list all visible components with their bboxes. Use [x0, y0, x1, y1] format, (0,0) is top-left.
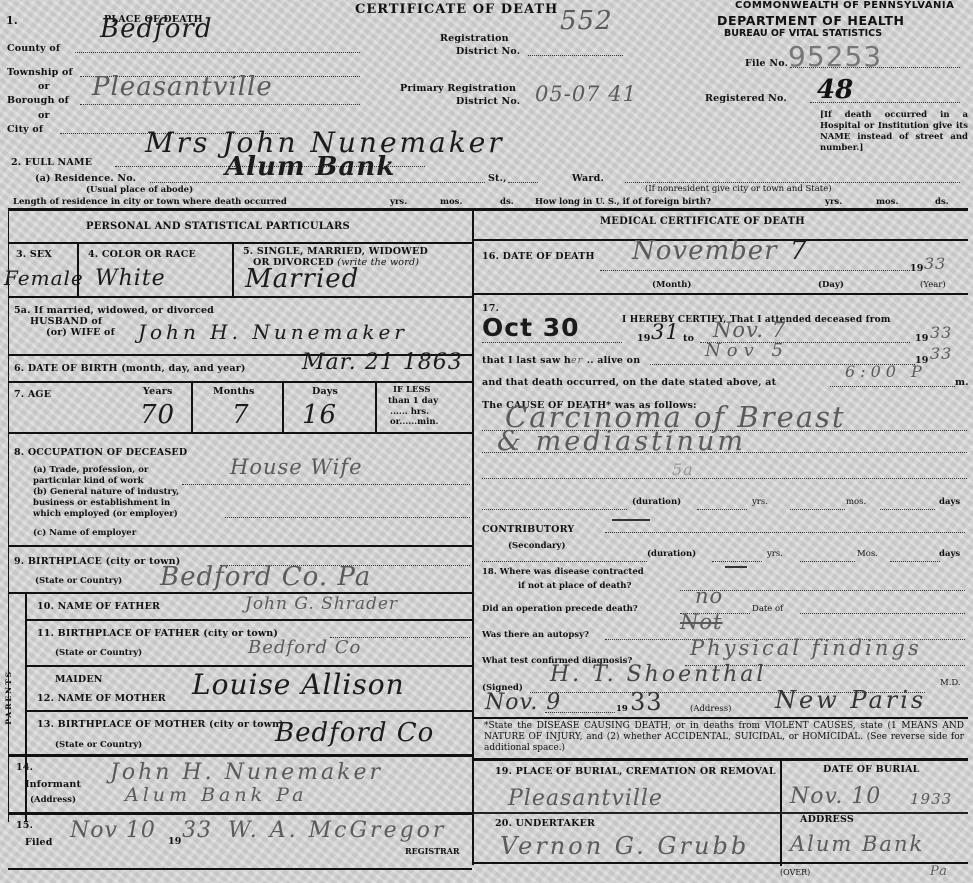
days-value: 16 — [302, 400, 337, 430]
undertaker-label: 20. UNDERTAKER — [495, 818, 595, 829]
left-border — [8, 210, 9, 822]
signed-date-line — [545, 712, 615, 713]
nonresident-note: (If nonresident give city or town and St… — [645, 184, 832, 194]
from-line — [482, 342, 622, 343]
header-divider — [8, 208, 968, 211]
date-of-label: Date of — [752, 604, 783, 614]
father-birthplace-label: 11. BIRTHPLACE OF FATHER (city or town) — [37, 628, 278, 639]
occupation-label: 8. OCCUPATION OF DECEASED — [14, 447, 187, 458]
row-rule-11 — [26, 665, 472, 667]
dob-value: Mar. 21 1863 — [302, 350, 463, 375]
father-name-label: 10. NAME OF FATHER — [37, 601, 160, 612]
last-saw-date-value: Nov 5 — [705, 340, 789, 361]
occ-b-line-2: business or establishment in — [33, 498, 170, 508]
over-label: (OVER) — [780, 868, 810, 877]
signed-year-value: 33 — [630, 688, 663, 716]
father-birthplace-label-text: 11. BIRTHPLACE OF FATHER — [37, 628, 200, 639]
row-rule-16 — [474, 293, 968, 295]
birthplace-label: 9. BIRTHPLACE (city or town) — [14, 556, 180, 567]
burial-place-value: Pleasantville — [508, 786, 663, 811]
informant-label: Informant — [25, 779, 81, 790]
or-label-2: or — [38, 110, 50, 121]
us-mos-label: mos. — [876, 197, 898, 207]
or-label-1: or — [38, 81, 50, 92]
last-saw-pronoun: er — [571, 355, 583, 366]
registration-district-value: 552 — [560, 6, 613, 36]
duration-yrs-label: yrs. — [752, 497, 768, 507]
time-line — [830, 386, 955, 387]
personal-heading: PERSONAL AND STATISTICAL PARTICULARS — [86, 221, 350, 232]
operation-label: Did an operation precede death? — [482, 604, 638, 614]
days-label: Days — [312, 386, 338, 397]
occupation-value: House Wife — [230, 455, 363, 479]
district-no-label: District No. — [456, 46, 520, 57]
duration-dash-mark — [612, 519, 650, 521]
cause-code: 5a — [672, 460, 694, 479]
burial-place-label: 19. PLACE OF BURIAL, CREMATION OR REMOVA… — [495, 766, 780, 778]
duration-label: (duration) — [632, 497, 681, 507]
duration2-mos-line — [800, 561, 855, 562]
months-label: Months — [213, 386, 255, 397]
residence-label: (a) Residence. No. — [35, 173, 136, 184]
registrar-label: REGISTRAR — [405, 846, 460, 856]
bottom-rule-right — [474, 862, 968, 864]
length-ds-label: ds. — [500, 197, 514, 207]
occ-a-line-1: (a) Trade, profession, or — [33, 465, 148, 475]
dod-label: 16. DATE OF DEATH — [482, 251, 595, 262]
row-rule-footnote — [474, 758, 968, 761]
duration-mos-line — [790, 509, 845, 510]
color-value: White — [95, 266, 166, 291]
father-birthplace-value: Bedford Co — [248, 637, 361, 658]
duration2-mos-label: Mos. — [857, 549, 878, 559]
day-caption: (Day) — [818, 280, 844, 290]
signed-year-prefix: 19 — [616, 704, 628, 714]
age-label: 7. AGE — [14, 389, 51, 400]
street-label: St., — [488, 173, 507, 184]
last-saw-label: that I last saw her .. alive on — [482, 355, 640, 366]
filed-year-prefix: 19 — [168, 836, 182, 847]
ward-label: Ward. — [572, 173, 604, 184]
informant-value: John H. Nunemaker — [110, 760, 383, 785]
row-rule-13 — [8, 754, 472, 757]
mother-birthplace-state-label: (State or Country) — [55, 740, 142, 750]
duration-days-label: days — [939, 497, 960, 507]
duration2-yrs-line — [712, 561, 762, 562]
item-1-number: 1. — [6, 14, 18, 27]
item-18-label-2: if not at place of death? — [518, 581, 631, 591]
parents-label: PARENTS — [4, 670, 13, 725]
spouse-label-1: 5a. If married, widowed, or divorced — [14, 305, 214, 316]
spouse-value: John H. Nunemaker — [138, 320, 408, 344]
county-line — [75, 52, 360, 53]
mother-birthplace-label-text: 13. BIRTHPLACE OF MOTHER — [37, 719, 206, 730]
cause-line-2-value: & mediastinum — [497, 426, 746, 457]
primary-registration-value: 05-07 41 — [535, 82, 637, 106]
row-rule-7 — [8, 432, 472, 434]
hospital-note: [If death occurred in a Hospital or Inst… — [820, 110, 968, 154]
burial-year-value: 1933 — [910, 790, 952, 808]
duration-mos-label: mos. — [846, 497, 866, 507]
duration2-dash-mark — [725, 566, 747, 568]
row-rule-5 — [8, 296, 472, 298]
dod-line — [600, 270, 910, 271]
last-saw-year-value: 33 — [930, 344, 952, 363]
residence-value: Alum Bank — [225, 152, 395, 182]
mother-birthplace-value: Bedford Co — [275, 718, 434, 748]
registered-no-value: 48 — [817, 75, 853, 105]
color-label: 4. COLOR OR RACE — [88, 249, 196, 260]
primary-district-no-label: District No. — [456, 96, 520, 107]
full-name-label: 2. FULL NAME — [11, 157, 92, 168]
sex-value: Female — [4, 266, 84, 290]
borough-line — [80, 104, 360, 105]
occ-b-line — [225, 517, 470, 518]
years-label: Years — [143, 386, 173, 397]
occ-a-line-2: particular kind of work — [33, 476, 143, 486]
mother-birthplace-sub: (city or town) — [209, 719, 284, 730]
row-rule-12 — [26, 710, 472, 712]
operation-value: no — [695, 584, 723, 608]
color-marital-divider — [232, 243, 234, 297]
marital-label: 5. SINGLE, MARRIED, WIDOWED — [243, 246, 428, 257]
time-value: 6:00 P — [845, 362, 927, 381]
duration2-days-line — [890, 561, 940, 562]
age-divider-1 — [191, 382, 193, 432]
signed-value: H. T. Shoenthal — [550, 662, 766, 687]
less-label-4: or......min. — [390, 417, 439, 427]
from-year-prefix: 19 — [637, 333, 651, 344]
from-year-value: 31 — [651, 320, 680, 344]
mother-name-value: Louise Allison — [192, 668, 405, 701]
mother-name-label: 12. NAME OF MOTHER — [37, 693, 166, 704]
row-rule-burial — [474, 812, 968, 814]
us-ds-label: ds. — [935, 197, 949, 207]
dod-day-value: 7 — [790, 236, 808, 266]
date-of-line — [800, 613, 965, 614]
item-18-label-1: 18. Where was disease contracted — [482, 567, 644, 577]
us-yrs-label: yrs. — [825, 197, 842, 207]
registration-district-line — [528, 55, 623, 56]
test-value: Physical findings — [690, 636, 922, 660]
registrar-signature: W. A. McGregor — [228, 818, 446, 843]
length-mos-label: mos. — [440, 197, 462, 207]
dob-label: 6. DATE OF BIRTH (month, day, and year) — [14, 363, 246, 374]
informant-address-value: Alum Bank Pa — [125, 784, 307, 806]
contributory-label: CONTRIBUTORY — [482, 524, 574, 535]
occ-a-line — [182, 484, 470, 485]
father-birthplace-state-label: (State or Country) — [55, 648, 142, 658]
row-rule-signed — [474, 717, 968, 719]
spouse-label-3: (or) WIFE of — [46, 327, 115, 338]
sex-label: 3. SEX — [16, 249, 52, 260]
registration-label: Registration — [440, 33, 509, 44]
city-label: City of — [7, 124, 43, 135]
column-divider — [472, 210, 474, 865]
undertaker-value: Vernon G. Grubb — [500, 832, 749, 860]
age-divider-3 — [375, 382, 377, 432]
spouse-label-2: HUSBAND of — [30, 316, 102, 327]
filed-year-value: 33 — [182, 818, 212, 843]
m-label: m. — [955, 377, 969, 388]
dod-year-prefix: 19 — [910, 263, 924, 274]
filed-label: Filed — [25, 837, 53, 848]
sex-color-divider — [77, 243, 79, 297]
autopsy-value: Not — [680, 610, 722, 634]
cause-line-3 — [482, 478, 967, 479]
dob-label-text: 6. DATE OF BIRTH — [14, 363, 118, 374]
county-value: Bedford — [100, 14, 213, 44]
township-label: Township of — [7, 67, 73, 78]
burial-date-label: DATE OF BURIAL — [823, 764, 920, 775]
secondary-label: (Secondary) — [508, 541, 565, 551]
birthplace-value: Bedford Co. Pa — [160, 562, 371, 592]
occ-b-line-3: which employed (or employer) — [33, 509, 178, 519]
commonwealth-label: COMMONWEALTH OF PENNSYLVANIA — [735, 0, 954, 11]
last-saw-label-text: that I last saw h — [482, 355, 571, 366]
dob-sub-label: (month, day, and year) — [121, 363, 245, 374]
duration2-line-pre — [482, 561, 647, 562]
row-rule-10 — [26, 619, 472, 621]
burial-date-value: Nov. 10 — [790, 784, 881, 809]
month-caption: (Month) — [652, 280, 691, 290]
duration2-days-label: days — [939, 549, 960, 559]
duration-line-pre — [482, 509, 627, 510]
ward-line — [625, 182, 960, 183]
years-value: 70 — [140, 400, 175, 430]
birthplace-label-text: 9. BIRTHPLACE — [14, 556, 102, 567]
duration-yrs-line — [697, 509, 747, 510]
dod-year-value: 33 — [924, 254, 946, 273]
md-label: M.D. — [940, 678, 961, 688]
undertaker-address-value: Alum Bank — [790, 832, 924, 856]
borough-value: Pleasantville — [92, 72, 273, 102]
autopsy-label: Was there an autopsy? — [482, 630, 589, 640]
row-rule-8 — [8, 545, 472, 547]
occ-c-label: (c) Name of employer — [33, 528, 136, 538]
age-divider-2 — [282, 382, 284, 432]
length-residence-label: Length of residence in city or town wher… — [13, 197, 287, 207]
duration2-label: (duration) — [647, 549, 696, 559]
county-label: County of — [7, 43, 60, 54]
less-label-2: than 1 day — [388, 396, 438, 406]
informant-number: 14. — [16, 762, 33, 773]
row-rule-9 — [8, 592, 472, 594]
undertaker-address-extra: Pa — [930, 864, 948, 879]
file-no-label: File No. — [745, 58, 788, 69]
file-no-value: 95253 — [788, 40, 882, 73]
duration2-yrs-label: yrs. — [767, 549, 783, 559]
alive-on-label: alive on — [597, 355, 640, 366]
attended-from-date: Oct 30 — [482, 313, 580, 342]
occurred-label: and that death occurred, on the date sta… — [482, 377, 776, 388]
primary-registration-label: Primary Registration — [400, 83, 516, 94]
mother-birthplace-label: 13. BIRTHPLACE OF MOTHER (city or town) — [37, 719, 284, 730]
to-date-value: Nov. 7 — [713, 318, 786, 342]
death-certificate: 1. PLACE OF DEATH CERTIFICATE OF DEATH C… — [0, 0, 973, 883]
birthplace-state-label: (State or Country) — [35, 576, 122, 586]
doctor-address-value: New Paris — [775, 686, 926, 714]
filed-number: 15. — [16, 820, 33, 831]
informant-address-label: (Address) — [30, 795, 76, 805]
to-year-prefix: 19 — [915, 333, 929, 344]
street-line — [508, 182, 538, 183]
registered-no-label: Registered No. — [705, 93, 787, 104]
department-label: DEPARTMENT OF HEALTH — [717, 13, 905, 28]
less-label-3: ...... hrs. — [390, 407, 429, 417]
how-long-us-label: How long in U. S., if of foreign birth? — [535, 197, 711, 207]
undertaker-address-label: ADDRESS — [800, 814, 854, 825]
dod-month-value: November — [632, 236, 778, 266]
occ-b-line-1: (b) General nature of industry, — [33, 487, 179, 497]
row-rule-6 — [8, 381, 472, 383]
duration-days-line — [880, 509, 935, 510]
certificate-title: CERTIFICATE OF DEATH — [355, 2, 558, 17]
residence-line — [150, 182, 485, 183]
medical-heading: MEDICAL CERTIFICATE OF DEATH — [600, 216, 805, 227]
footnote: *State the DISEASE CAUSING DEATH, or in … — [484, 721, 964, 754]
to-year-value: 33 — [930, 323, 952, 342]
less-label-1: IF LESS — [393, 385, 431, 395]
to-label: to — [683, 333, 694, 344]
father-name-value: John G. Shrader — [245, 594, 398, 614]
abode-note: (Usual place of abode) — [86, 185, 193, 195]
length-yrs-label: yrs. — [390, 197, 407, 207]
bureau-label: BUREAU OF VITAL STATISTICS — [724, 28, 882, 39]
marital-value: Married — [245, 264, 359, 294]
mother-maiden-label: MAIDEN — [55, 674, 103, 685]
bottom-rule-left — [8, 868, 472, 870]
contributory-line — [605, 532, 965, 533]
row-rule-14 — [8, 812, 472, 815]
doctor-address-label: (Address) — [690, 704, 731, 714]
months-value: 7 — [232, 400, 250, 430]
borough-label: Borough of — [7, 95, 69, 106]
year-caption: (Year) — [920, 280, 946, 290]
filed-date-value: Nov 10 — [70, 818, 156, 843]
